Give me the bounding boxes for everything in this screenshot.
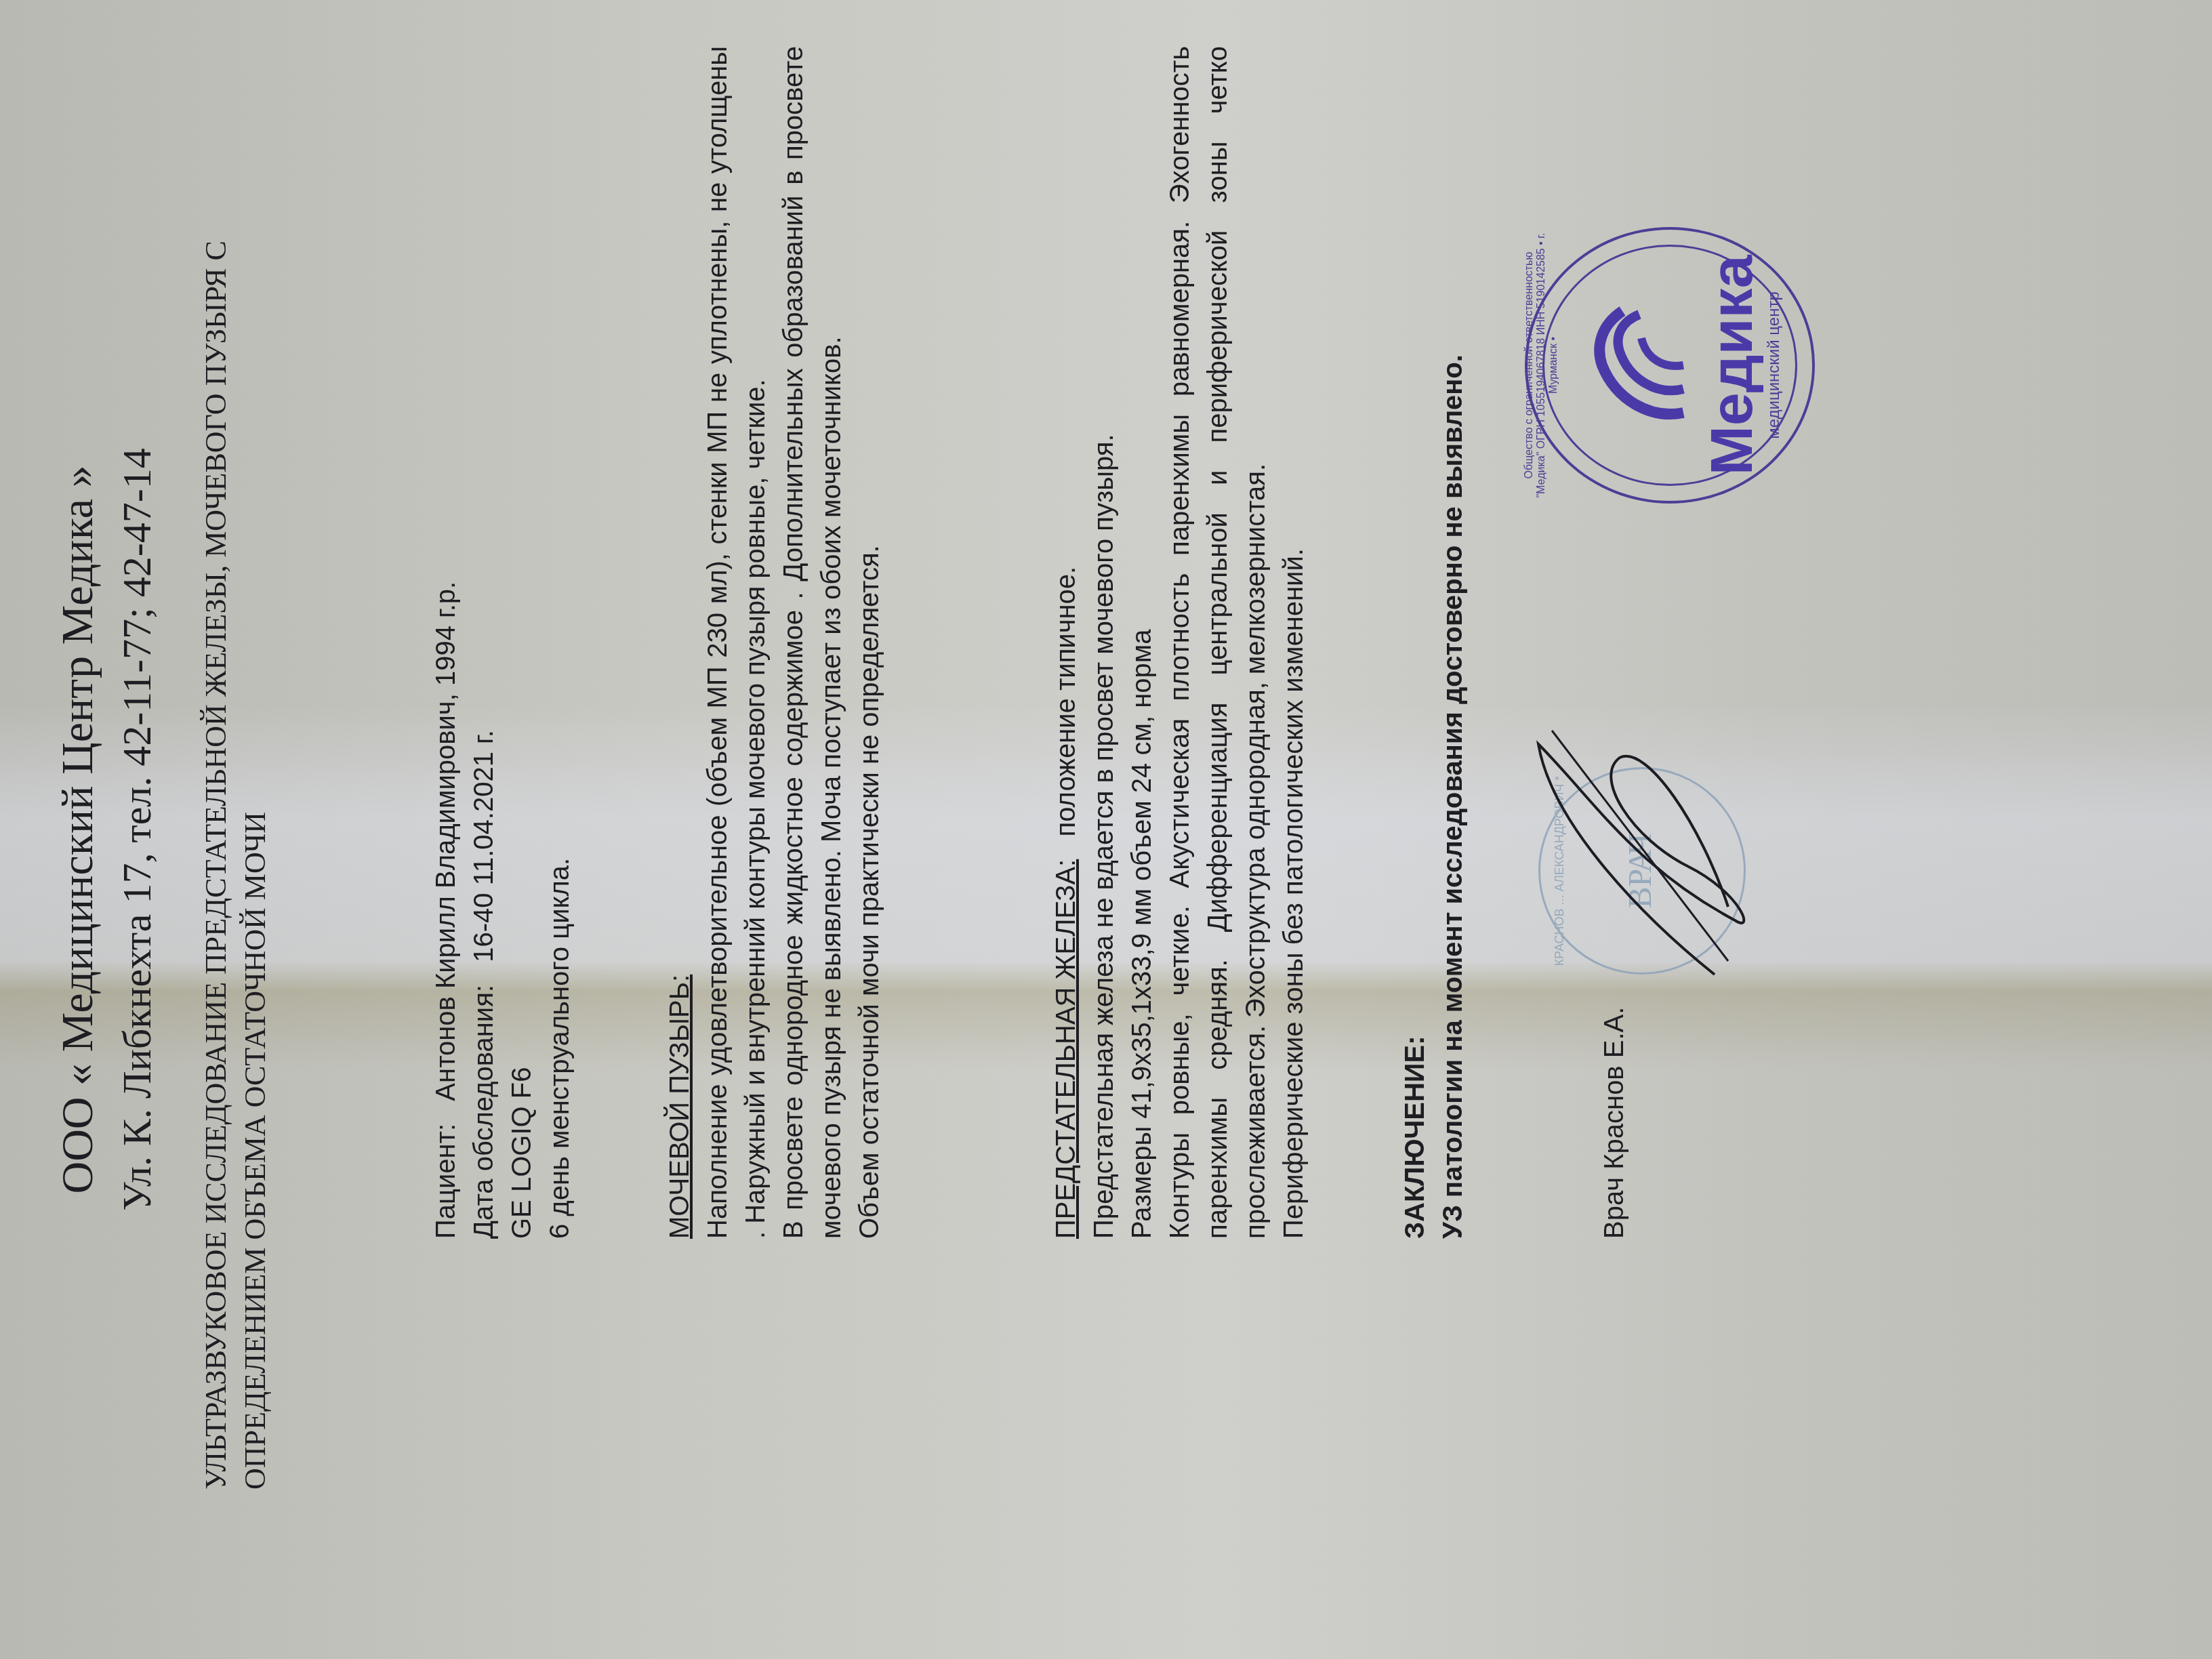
bladder-title: Мочевой пузырь: xyxy=(665,975,695,1239)
prostate-paragraph: Размеры 41,9х35,1х33,9 мм объем 24 см, н… xyxy=(1123,46,1161,1239)
patient-label: Пациент: xyxy=(431,1124,461,1239)
exam-date-line: Дата обследования: 16-40 11.04.2021 г. xyxy=(465,581,503,1239)
organization-address: Ул. К. Либкнехта 17, тел. 42-11-77; 42-4… xyxy=(108,0,165,1659)
exam-date-label: Дата обследования: xyxy=(469,985,499,1239)
patient-info: Пациент: Антонов Кирилл Владимирович, 19… xyxy=(427,581,579,1239)
clinic-stamp: Общество с ограниченной ответственностью… xyxy=(1525,227,1815,504)
prostate-section: Предстательная железа: положение типично… xyxy=(1047,46,1313,1239)
document-sheet: ООО « Медицинский Центр Медика » Ул. К. … xyxy=(0,0,2212,1659)
conclusion-title: ЗАКЛЮЧЕНИЕ: xyxy=(1396,46,1434,1239)
clinic-stamp-brand: Медика xyxy=(1697,230,1766,501)
study-title: УЛЬТРАЗВУКОВОЕ ИССЛЕДОВАНИЕ ПРЕДСТАТЕЛЬН… xyxy=(197,100,275,1490)
bladder-section: Мочевой пузырь: Наполнение удовлетворите… xyxy=(661,46,888,1239)
organization-name: ООО « Медицинский Центр Медика » xyxy=(47,0,108,1659)
prostate-paragraph: Периферические зоны без патологических и… xyxy=(1275,46,1313,1239)
prostate-paragraph: Предстательная железа не вдается в просв… xyxy=(1085,46,1123,1239)
cycle-day: 6 день менструального цикла. xyxy=(541,581,579,1239)
clinic-stamp-subtitle: медицинский центр xyxy=(1765,230,1784,501)
prostate-title: Предстательная железа: xyxy=(1051,859,1081,1239)
bladder-paragraph: Наполнение удовлетворительное (объем МП … xyxy=(699,46,775,1239)
patient-value: Антонов Кирилл Владимирович, 1994 г.р. xyxy=(431,581,461,1101)
exam-date-value: 16-40 11.04.2021 г. xyxy=(469,730,499,962)
bladder-paragraph: В просвете однородное жидкостное содержи… xyxy=(775,46,851,1239)
conclusion-text: УЗ патологии на момент исследования дост… xyxy=(1434,46,1472,1239)
letterhead: ООО « Медицинский Центр Медика » Ул. К. … xyxy=(47,0,165,1659)
prostate-position: положение типичное. xyxy=(1051,567,1081,837)
doctor-name: Врач Краснов Е.А. xyxy=(1599,1007,1630,1239)
conclusion-section: ЗАКЛЮЧЕНИЕ: УЗ патологии на момент иссле… xyxy=(1396,46,1472,1239)
clinic-stamp-edge-text: Общество с ограниченной ответственностью… xyxy=(1523,230,1560,501)
signature-icon xyxy=(1511,717,1769,1002)
clinic-logo-icon xyxy=(1575,304,1690,426)
prostate-paragraph: Контуры ровные, четкие. Акустическая пло… xyxy=(1161,46,1275,1239)
patient-line: Пациент: Антонов Кирилл Владимирович, 19… xyxy=(427,581,465,1239)
bladder-paragraph: Объем остаточной мочи практически не опр… xyxy=(851,46,888,1239)
device-name: GE LOGIQ F6 xyxy=(503,581,541,1239)
